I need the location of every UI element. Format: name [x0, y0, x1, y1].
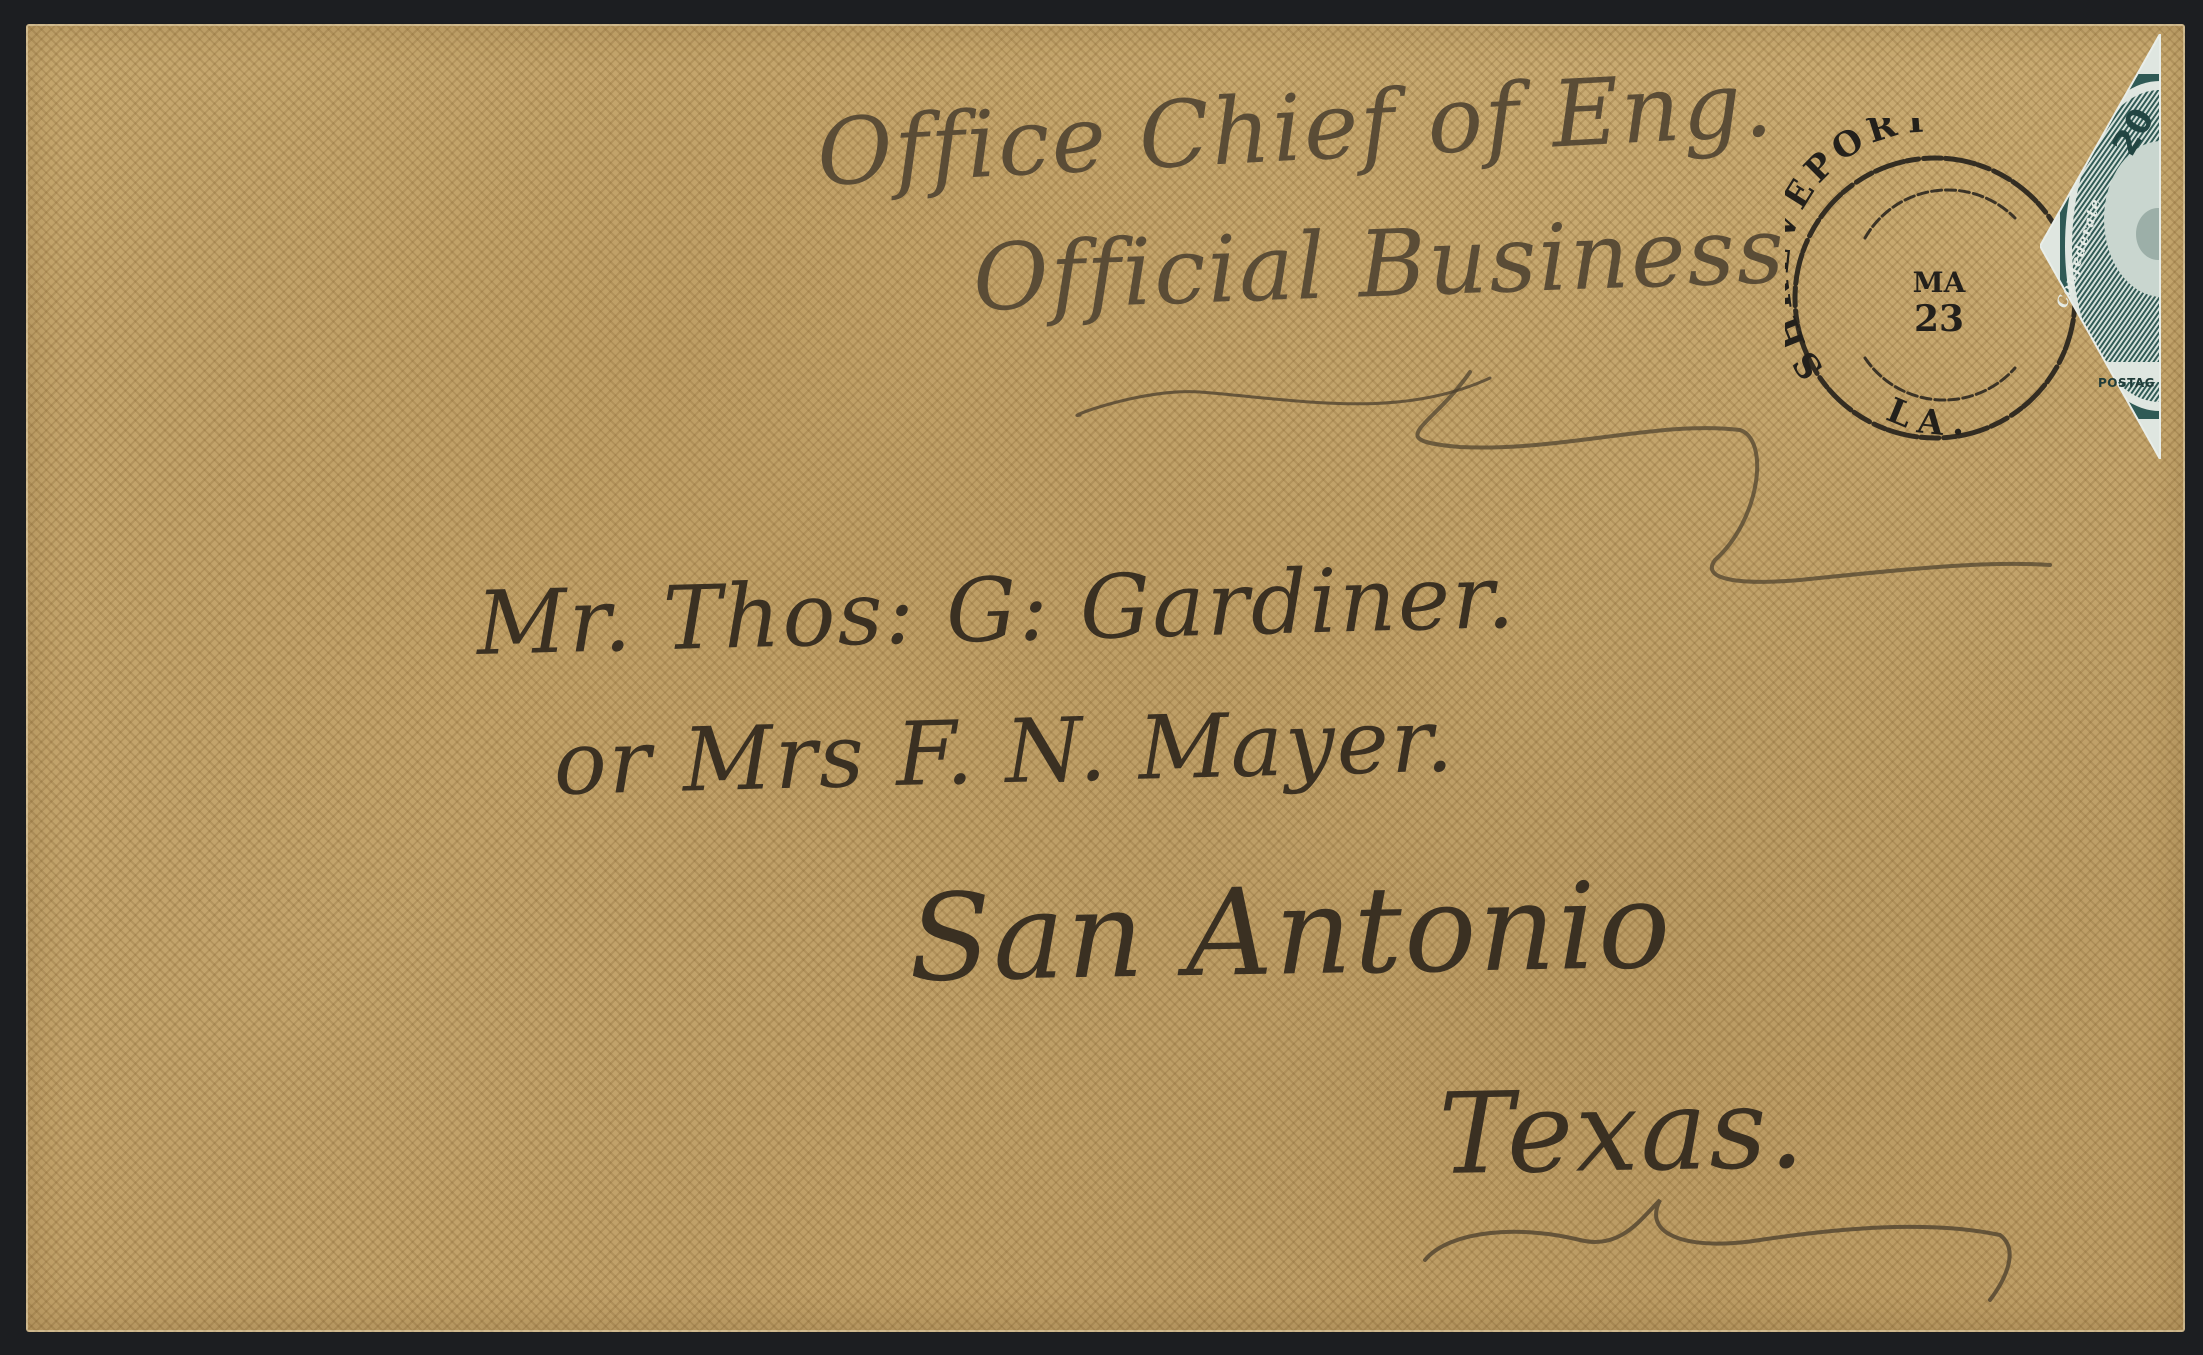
- bisected-stamp: 20 Confederate POSTAG: [2040, 34, 2164, 459]
- address-city: San Antonio: [908, 857, 1674, 1009]
- postmark-day: 23: [1879, 298, 1999, 340]
- postmark-month: MA: [1879, 266, 1999, 299]
- stamp-bisect-icon: [2040, 34, 2164, 459]
- stamp-postage-text: POSTAG: [2098, 376, 2155, 390]
- address-state: Texas.: [1438, 1064, 1808, 1200]
